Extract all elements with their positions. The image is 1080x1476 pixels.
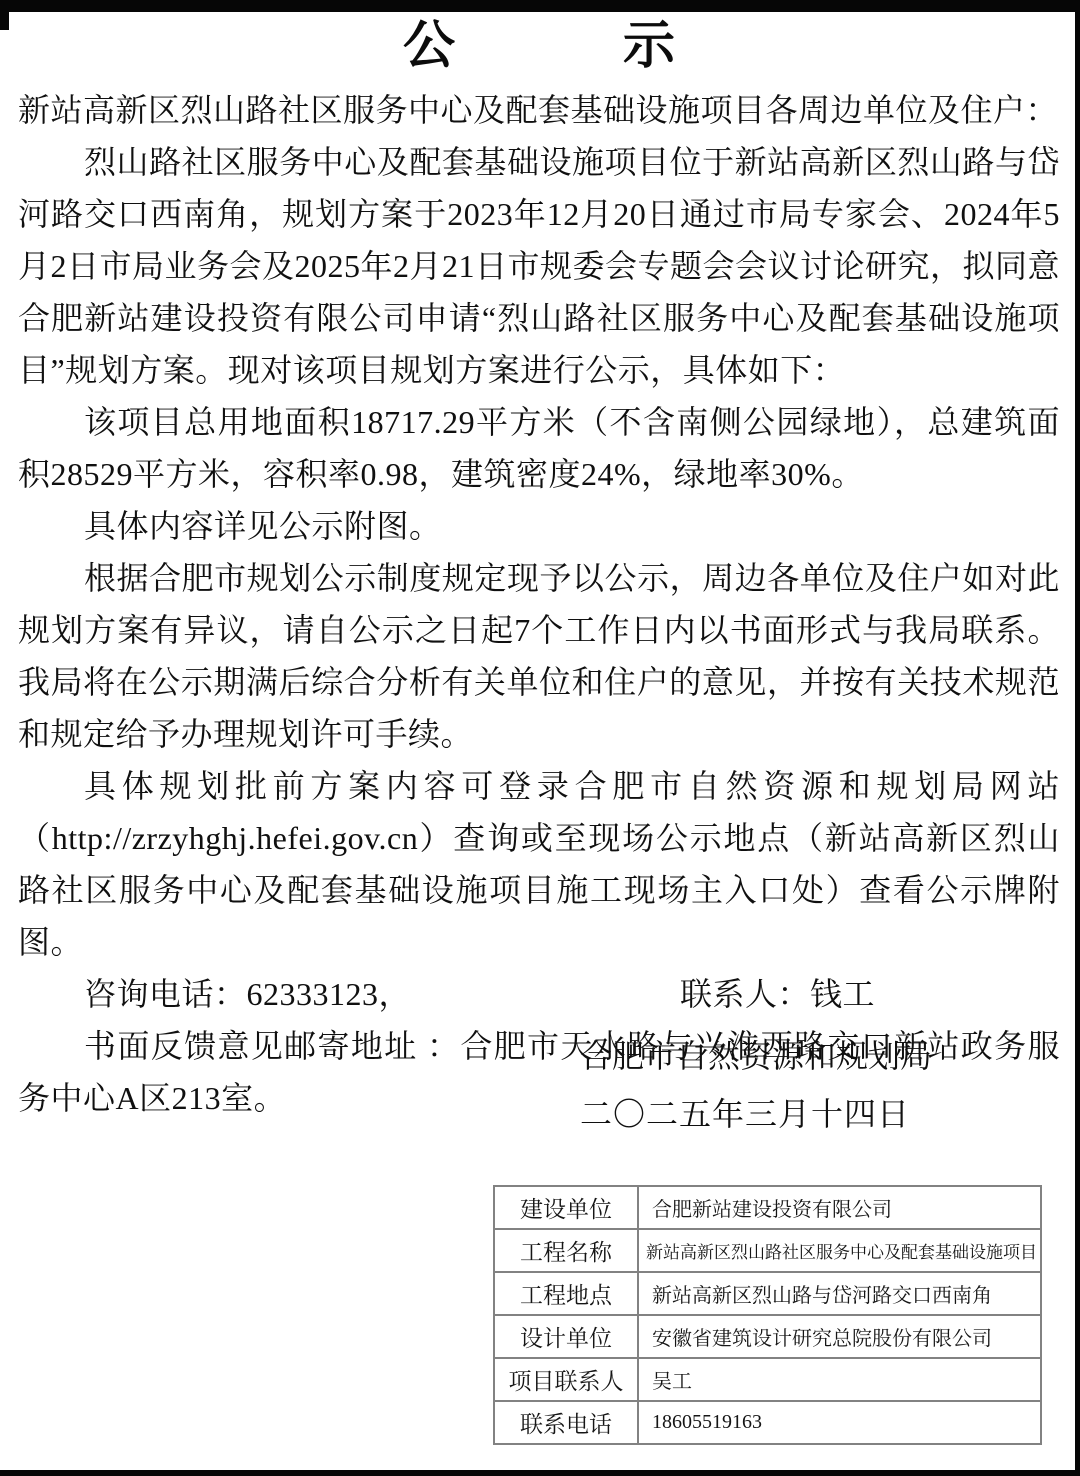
scan-frame-top [0, 0, 1080, 12]
phone-text: 咨询电话：62333123， [84, 976, 411, 1012]
notice-content: 公示 新站高新区烈山路社区服务中心及配套基础设施项目各周边单位及住户： 烈山路社… [18, 12, 1060, 1124]
signature-organization: 合肥市自然资源和规划局 [580, 1034, 932, 1078]
table-row-project-location: 工程地点 新站高新区烈山路与岱河路交口西南角 [494, 1272, 1041, 1315]
design-unit-value: 安徽省建筑设计研究总院股份有限公司 [638, 1315, 1041, 1358]
paragraph-project-metrics: 该项目总用地面积18717.29平方米（不含南侧公园绿地），总建筑面积28529… [18, 396, 1060, 500]
salutation-line: 新站高新区烈山路社区服务中心及配套基础设施项目各周边单位及住户： [18, 84, 1060, 136]
paragraph-project-location: 烈山路社区服务中心及配套基础设施项目位于新站高新区烈山路与岱河路交口西南角，规划… [18, 136, 1060, 396]
contact-phone-value: 18605519163 [638, 1401, 1041, 1444]
table-row-design-unit: 设计单位 安徽省建筑设计研究总院股份有限公司 [494, 1315, 1041, 1358]
contact-person-text: 联系人：钱工 [614, 968, 875, 1020]
notice-page: 公示 新站高新区烈山路社区服务中心及配套基础设施项目各周边单位及住户： 烈山路社… [0, 0, 1080, 1476]
signature-date: 二〇二五年三月十四日 [580, 1092, 910, 1136]
scan-frame-bottom [0, 1470, 1080, 1476]
project-name-value: 新站高新区烈山路社区服务中心及配套基础设施项目 [638, 1229, 1041, 1272]
project-location-value: 新站高新区烈山路与岱河路交口西南角 [638, 1272, 1041, 1315]
scan-frame-left-notch [0, 0, 9, 30]
construction-unit-label: 建设单位 [494, 1186, 638, 1229]
paragraph-attachment-note: 具体内容详见公示附图。 [18, 500, 1060, 552]
paragraph-feedback-policy: 根据合肥市规划公示制度规定现予以公示，周边各单位及住户如对此规划方案有异议，请自… [18, 552, 1060, 760]
table-row-construction-unit: 建设单位 合肥新站建设投资有限公司 [494, 1186, 1041, 1229]
project-contact-label: 项目联系人 [494, 1358, 638, 1401]
project-location-label: 工程地点 [494, 1272, 638, 1315]
table-row-project-contact: 项目联系人 吴工 [494, 1358, 1041, 1401]
contact-row: 咨询电话：62333123，联系人：钱工 [18, 968, 1060, 1020]
project-info-table: 建设单位 合肥新站建设投资有限公司 工程名称 新站高新区烈山路社区服务中心及配套… [493, 1185, 1042, 1445]
notice-title: 公示 [18, 16, 1060, 78]
notice-title-char1: 公 [403, 18, 455, 75]
contact-phone-label: 联系电话 [494, 1401, 638, 1444]
construction-unit-value: 合肥新站建设投资有限公司 [638, 1186, 1041, 1229]
table-row-contact-phone: 联系电话 18605519163 [494, 1401, 1041, 1444]
table-row-project-name: 工程名称 新站高新区烈山路社区服务中心及配套基础设施项目 [494, 1229, 1041, 1272]
design-unit-label: 设计单位 [494, 1315, 638, 1358]
notice-body: 新站高新区烈山路社区服务中心及配套基础设施项目各周边单位及住户： 烈山路社区服务… [18, 84, 1060, 1124]
scan-frame-right [1075, 0, 1080, 1476]
notice-title-char2: 示 [623, 18, 675, 75]
project-name-label: 工程名称 [494, 1229, 638, 1272]
project-contact-value: 吴工 [638, 1358, 1041, 1401]
paragraph-website-info: 具体规划批前方案内容可登录合肥市自然资源和规划局网站（http://zrzyhg… [18, 760, 1060, 968]
